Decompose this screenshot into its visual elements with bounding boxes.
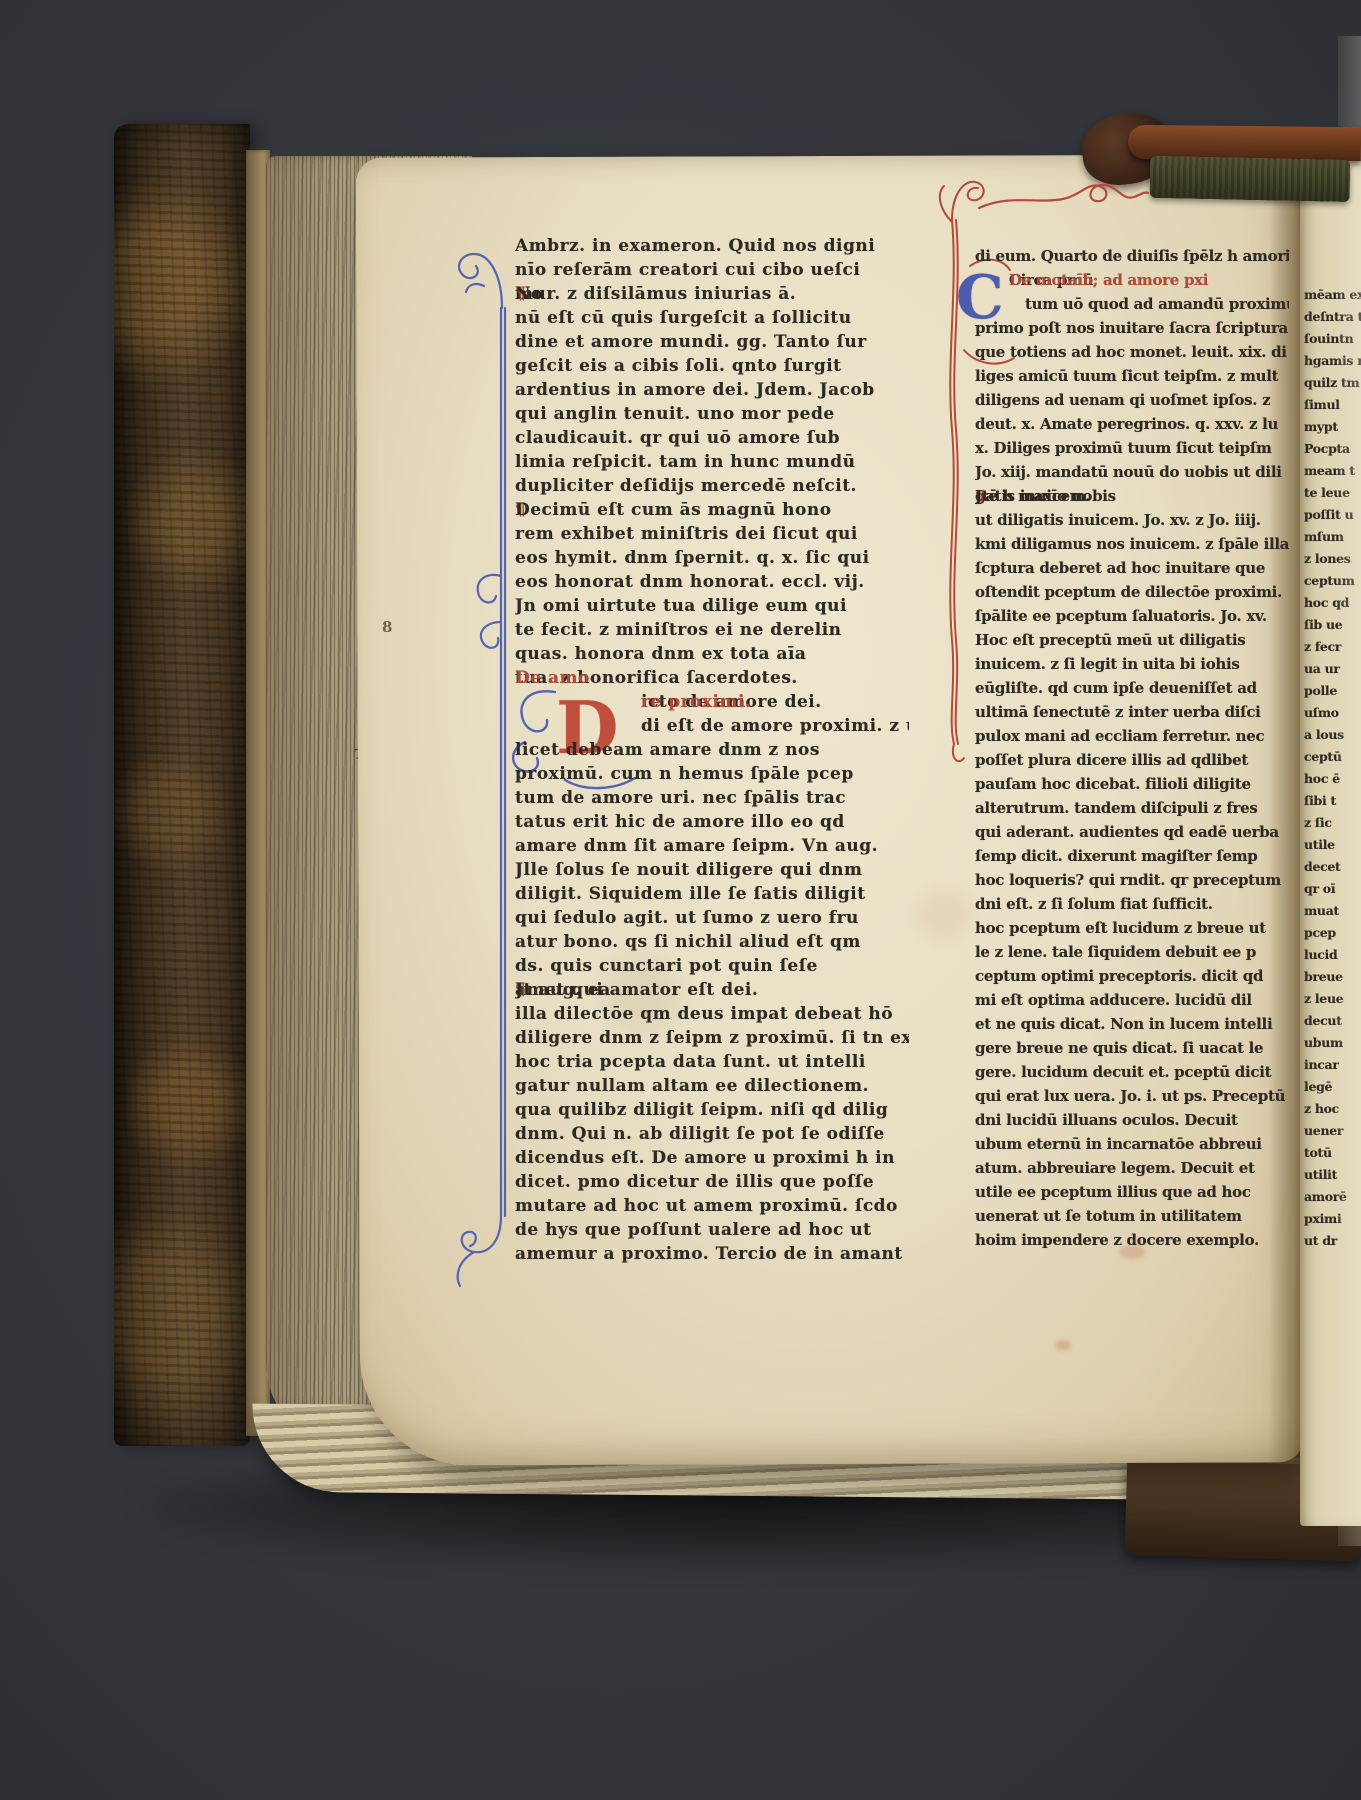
body-text: qr oī bbox=[1304, 878, 1335, 900]
manuscript-text-line: Jo. xiij. mandatū nouū do uobis ut dili bbox=[975, 460, 1289, 484]
body-text: No bbox=[515, 282, 543, 306]
body-text: Jlle ſolus ſe nouit diligere qui dnm bbox=[515, 858, 863, 882]
manuscript-photograph: T mēam exdeſntra tſouintnhgamis rquilz t… bbox=[0, 0, 1361, 1800]
body-text: dine et amore mundi. gg. Tanto ſur bbox=[515, 330, 867, 354]
body-text: Jo. xiij. mandatū nouū do uobis ut dili bbox=[975, 460, 1282, 484]
manuscript-text-line: qui anglin tenuit. uno mor pede bbox=[515, 402, 909, 426]
body-text: qui aderant. audientes qd eadē uerba bbox=[975, 820, 1279, 844]
body-text: di eſt de amore proximi. z uō quod bbox=[641, 714, 909, 738]
manuscript-text-line: pauſam hoc dicebat. filioli diligite bbox=[975, 772, 1289, 796]
manuscript-text-line: claudicauit. qr qui uō amore ſub bbox=[515, 426, 909, 450]
body-text: z fecr bbox=[1304, 636, 1341, 658]
manuscript-text-line: ſcptura deberet ad hoc inuitare que bbox=[975, 556, 1289, 580]
manuscript-text-line: que totiens ad hoc monet. leuit. xix. di bbox=[975, 340, 1289, 364]
manuscript-text-line: nīo reſerām creatori cui cibo ueſci bbox=[515, 258, 909, 282]
manuscript-text-line: gere. lucidum decuit et. pceptū dicit bbox=[975, 1060, 1289, 1084]
body-text: Jn omi uirtute tua dilige eum qui bbox=[515, 594, 847, 618]
body-text: ſibi t bbox=[1304, 790, 1336, 812]
manuscript-text-line: limia reſpicit. tam in hunc mundū bbox=[515, 450, 909, 474]
manuscript-text-line: di eum. Quarto de diuiſis ſpēlz h amoris bbox=[975, 244, 1289, 268]
body-text: geſcit eis a cibis ſoli. qnto ſurgit bbox=[515, 354, 842, 378]
body-text: dupliciter deſidijs mercedē neſcit. bbox=[515, 474, 857, 498]
manuscript-text-line: kmi diligamus nos inuicem. z ſpāle illa bbox=[975, 532, 1289, 556]
manuscript-text-line: gatur nullam altam ee dilectionem. bbox=[515, 1074, 909, 1098]
body-text: hoim impendere z docere exemplo. bbox=[975, 1228, 1259, 1252]
body-text: incar bbox=[1304, 1054, 1339, 1076]
manuscript-text-line: tum uō quod ad amandū proximū bbox=[975, 292, 1289, 316]
manuscript-text-line: eos hymit. dnm ſpernit. q. x. ſic qui bbox=[515, 546, 909, 570]
manuscript-text-line: ardentius in amore dei. Jdem. Jacob bbox=[515, 378, 909, 402]
manuscript-text-line: Circa pmū De motaīb; ad amore pxi bbox=[975, 268, 1289, 292]
body-text: eos honorat dnm honorat. eccl. vij. bbox=[515, 570, 865, 594]
body-text: legē bbox=[1304, 1076, 1332, 1098]
manuscript-text-line: quas. honora dnm ex tota aīa bbox=[515, 642, 909, 666]
manuscript-text-line: ubum eternū in incarnatōe abbreui bbox=[975, 1132, 1289, 1156]
body-text: ſib ue bbox=[1304, 614, 1342, 636]
body-text: gatur nullam altam ee dilectionem. bbox=[515, 1074, 869, 1098]
body-text: tatus erit hic de amore illo eo qd bbox=[515, 810, 845, 834]
manuscript-text-line: uenerat ut ſe totum in utilitatem bbox=[975, 1204, 1289, 1228]
body-text: dicendus eſt. De amore u proximi h in bbox=[515, 1146, 895, 1170]
manuscript-text-line: tum de amore uri. nec ſpālis trac bbox=[515, 786, 909, 810]
body-text: ceptū bbox=[1304, 746, 1342, 768]
manuscript-text-line: Ambrz. in exameron. Quid nos digni bbox=[515, 234, 909, 258]
body-text: deut. x. Amate peregrinos. q. xxv. z lu bbox=[975, 412, 1278, 436]
body-text: z ſic bbox=[1304, 812, 1332, 834]
body-text: proximū. cum n hemus ſpāle pcep bbox=[515, 762, 854, 786]
leather-cover-spine bbox=[114, 124, 250, 1446]
body-text: ua ur bbox=[1304, 658, 1340, 680]
manuscript-text-line: dni lucidū illuans oculos. Decuit bbox=[975, 1108, 1289, 1132]
body-text: qui erat lux uera. Jo. i. ut ps. Precept… bbox=[975, 1084, 1285, 1108]
body-text: poſſet plura dicere illis ad qdlibet bbox=[975, 748, 1248, 772]
body-text: pauſam hoc dicebat. filioli diligite bbox=[975, 772, 1251, 796]
body-text: que totiens ad hoc monet. leuit. xix. di bbox=[975, 340, 1287, 364]
body-text: muat bbox=[1304, 900, 1339, 922]
body-text: ut dr bbox=[1304, 1230, 1337, 1252]
manuscript-text-line: amare dnm ſit amare ſeipm. Vn aug. bbox=[515, 834, 909, 858]
body-text: qui anglin tenuit. uno mor pede bbox=[515, 402, 835, 426]
body-text: ut diligatis inuicem. Jo. xv. z Jo. iiij… bbox=[975, 508, 1261, 532]
manuscript-text-line: ſpālite ee pceptum ſaluatoris. Jo. xv. bbox=[975, 604, 1289, 628]
body-text: dni eſt. z ſi ſolum fiat ſufficit. bbox=[975, 892, 1213, 916]
manuscript-text-line: rem exhibet miniſtris dei ſicut qui bbox=[515, 522, 909, 546]
body-text: dni lucidū illuans oculos. Decuit bbox=[975, 1108, 1238, 1132]
manuscript-text-line: de hys que poſſunt ualere ad hoc ut bbox=[515, 1218, 909, 1242]
body-text: Ambrz. in exameron. Quid nos digni bbox=[515, 234, 875, 258]
body-text: amare dnm ſit amare ſeipm. Vn aug. bbox=[515, 834, 878, 858]
manuscript-text-line: icto de amore dei. re proximi. bbox=[515, 690, 909, 714]
manuscript-text-line: hoc loqueris? qui rndit. qr preceptum bbox=[975, 868, 1289, 892]
body-text: qua quilibz diligit ſeipm. niſi qd dilig bbox=[515, 1098, 888, 1122]
manuscript-text-line: oſtendit pceptum de dilectōe proximi. bbox=[975, 580, 1289, 604]
body-text: liges amicū tuum ſicut teipſm. z mult bbox=[975, 364, 1278, 388]
manuscript-text-line: diligere dnm z ſeipm z proximū. ſi tn ex bbox=[515, 1026, 909, 1050]
body-text: kmi diligamus nos inuicem. z ſpāle illa bbox=[975, 532, 1289, 556]
body-text: illa dilectōe qm deus impat debeat hō bbox=[515, 1002, 893, 1026]
body-text: lucid bbox=[1304, 944, 1337, 966]
manuscript-text-line: eūgliſte. qd cum ipſe deueniſſet ad bbox=[975, 676, 1289, 700]
manuscript-text-line: gere breue ne quis dicat. ſi uacat le bbox=[975, 1036, 1289, 1060]
body-text: mypt bbox=[1304, 416, 1338, 438]
body-text: claudicauit. qr qui uō amore ſub bbox=[515, 426, 840, 450]
manuscript-text-line: dupliciter deſidijs mercedē neſcit. bbox=[515, 474, 909, 498]
manuscript-text-line: utile ee pceptum illius que ad hoc bbox=[975, 1180, 1289, 1204]
manuscript-text-line: dicet. pmo dicetur de illis que poſſe bbox=[515, 1170, 909, 1194]
body-text: ſimul bbox=[1304, 394, 1340, 416]
manuscript-text-line: te fecit. z miniſtros ei ne derelin bbox=[515, 618, 909, 642]
leather-texture bbox=[114, 124, 250, 1446]
body-text: oſtendit pceptum de dilectōe proximi. bbox=[975, 580, 1282, 604]
body-text: utilit bbox=[1304, 1164, 1337, 1186]
body-text: de hys que poſſunt ualere ad hoc ut bbox=[515, 1218, 872, 1242]
body-text: pcep bbox=[1304, 922, 1336, 944]
manuscript-text-line: ſemp dicit. dixerunt magiſter ſemp bbox=[975, 844, 1289, 868]
manuscript-text-line: hoc pceptum eſt lucidum z breue ut bbox=[975, 916, 1289, 940]
body-text: breue bbox=[1304, 966, 1343, 988]
manuscript-text-line: diligens ad uenam qi uoſmet ipſos. z bbox=[975, 388, 1289, 412]
manuscript-text-line: tua. z honorifica ſacerdotes. De amo bbox=[515, 666, 909, 690]
body-text: diligit. Siquidem ille ſe ſatis diligit bbox=[515, 882, 866, 906]
ink-stain bbox=[1055, 1340, 1071, 1350]
body-text: gere breue ne quis dicat. ſi uacat le bbox=[975, 1036, 1263, 1060]
manuscript-text-line: le z lene. tale ſiquidem debuit ee p bbox=[975, 940, 1289, 964]
manuscript-text-line: qui aderant. audientes qd eadē uerba bbox=[975, 820, 1289, 844]
body-text: utile ee pceptum illius que ad hoc bbox=[975, 1180, 1251, 1204]
manuscript-text-line: poſſet plura dicere illis ad qdlibet bbox=[975, 748, 1289, 772]
body-text: pximi bbox=[1304, 1208, 1341, 1230]
manuscript-text-line: ultimā ſenectutē z inter uerba diſci bbox=[975, 700, 1289, 724]
body-text: et ne quis dicat. Non in lucem intelli bbox=[975, 1012, 1272, 1036]
manuscript-text-line: geſcit eis a cibis ſoli. qnto ſurgit bbox=[515, 354, 909, 378]
rubric-text: re proximi. bbox=[641, 690, 751, 714]
body-text: uſmo bbox=[1304, 702, 1339, 724]
rubric-text: De motaīb; ad amore pxi bbox=[1009, 268, 1208, 292]
manuscript-text-line: primo poſt nos inuitare ſacra ſcriptura bbox=[975, 316, 1289, 340]
body-text: uenerat ut ſe totum in utilitatem bbox=[975, 1204, 1242, 1228]
manuscript-text-line: qui erat lux uera. Jo. i. ut ps. Precept… bbox=[975, 1084, 1289, 1108]
body-text: le z lene. tale ſiquidem debuit ee p bbox=[975, 940, 1256, 964]
manuscript-text-line: amemur a proximo. Tercio de in amant bbox=[515, 1242, 909, 1266]
page-edge-reflection bbox=[1338, 36, 1361, 1546]
body-text: hoc ē bbox=[1304, 768, 1340, 790]
body-text: inuicem. z ſi legit in uita bi iohis bbox=[975, 652, 1240, 676]
manuscript-text-line: hoc tria pcepta data ſunt. ut intelli bbox=[515, 1050, 909, 1074]
red-quire-flourish bbox=[975, 172, 1153, 220]
body-text: atum. abbreuiare legem. Decuit et bbox=[975, 1156, 1255, 1180]
body-text: dicet. pmo dicetur de illis que poſſe bbox=[515, 1170, 874, 1194]
body-text: pulox mani ad eccliam ferretur. nec bbox=[975, 724, 1264, 748]
manuscript-text-line: pulox mani ad eccliam ferretur. nec bbox=[975, 724, 1289, 748]
body-text: ds. quis cunctari pot quin ſeſe bbox=[515, 954, 818, 978]
manuscript-text-line: ceptum optimi preceptoris. dicit qd bbox=[975, 964, 1289, 988]
body-text: Jtē h maxīo uobis bbox=[975, 484, 1116, 508]
body-text: x. Diliges proximū tuum ſicut teipſm bbox=[975, 436, 1272, 460]
body-text: limia reſpicit. tam in hunc mundū bbox=[515, 450, 856, 474]
manuscript-text-line: mutare ad hoc ut amem proximū. ſcdo bbox=[515, 1194, 909, 1218]
manuscript-text-line: eos honorat dnm honorat. eccl. vij. bbox=[515, 570, 909, 594]
body-text: ſcptura deberet ad hoc inuitare que bbox=[975, 556, 1265, 580]
body-text: hoc pceptum eſt lucidum z breue ut bbox=[975, 916, 1266, 940]
manuscript-text-line: ut diligatis inuicem. Jo. xv. z Jo. iiij… bbox=[975, 508, 1289, 532]
body-text: utile bbox=[1304, 834, 1335, 856]
manuscript-text-line: di eſt de amore proximi. z uō quod bbox=[515, 714, 909, 738]
manuscript-text-line: tatus erit hic de amore illo eo qd bbox=[515, 810, 909, 834]
body-text: ubum eternū in incarnatōe abbreui bbox=[975, 1132, 1262, 1156]
body-text: tum de amore uri. nec ſpālis trac bbox=[515, 786, 846, 810]
manuscript-text-line: inuicem. z ſi legit in uita bi iohis bbox=[975, 652, 1289, 676]
manuscript-text-line: qua quilibz diligit ſeipm. niſi qd dilig bbox=[515, 1098, 909, 1122]
manuscript-text-line: mi eſt optima adducere. lucidū dil bbox=[975, 988, 1289, 1012]
body-text: nū eſt cū quis ſurgeſcit a ſollicitu bbox=[515, 306, 852, 330]
manuscript-text-line: Hoc eſt preceptū meū ut diligatis bbox=[975, 628, 1289, 652]
body-text: hoc tria pcepta data ſunt. ut intelli bbox=[515, 1050, 866, 1074]
manuscript-text-line: dni eſt. z ſi ſolum fiat ſufficit. bbox=[975, 892, 1289, 916]
body-text: ceptum optimi preceptoris. dicit qd bbox=[975, 964, 1263, 988]
body-text: mutare ad hoc ut amem proximū. ſcdo bbox=[515, 1194, 898, 1218]
manuscript-text-line: amet qui amator eſt dei. ¶Jt aug. ea bbox=[515, 978, 909, 1002]
manuscript-text-line: licet debeam amare dnm z nos bbox=[515, 738, 909, 762]
manuscript-text-line: proximū. cum n hemus ſpāle pcep bbox=[515, 762, 909, 786]
body-text: nīo reſerām creatori cui cibo ueſci bbox=[515, 258, 860, 282]
manuscript-text-line: deut. x. Amate peregrinos. q. xxv. z lu bbox=[975, 412, 1289, 436]
body-text: Decimū eſt cum ās magnū hono bbox=[515, 498, 832, 522]
body-text: quas. honora dnm ex tota aīa bbox=[515, 642, 806, 666]
manuscript-text-line: liges amicū tuum ſicut teipſm. z mult bbox=[975, 364, 1289, 388]
manuscript-text-line: x. Diliges proximū tuum ſicut teipſm bbox=[975, 436, 1289, 460]
body-text: di eum. Quarto de diuiſis ſpēlz h amoris bbox=[975, 244, 1289, 268]
manuscript-text-line: dnm. Qui n. ab diligit ſe pot ſe odiſſe bbox=[515, 1122, 909, 1146]
body-text: polle bbox=[1304, 680, 1337, 702]
body-text: ardentius in amore dei. Jdem. Jacob bbox=[515, 378, 875, 402]
manuscript-text-line: et ne quis dicat. Non in lucem intelli bbox=[975, 1012, 1289, 1036]
body-text: eūgliſte. qd cum ipſe deueniſſet ad bbox=[975, 676, 1257, 700]
manuscript-text-line: ds. quis cunctari pot quin ſeſe bbox=[515, 954, 909, 978]
rubric-text: De amo bbox=[515, 666, 590, 690]
body-text: dnm. Qui n. ab diligit ſe pot ſe odiſſe bbox=[515, 1122, 885, 1146]
body-text: tum uō quod ad amandū proximū bbox=[1025, 292, 1289, 316]
body-text: primo poſt nos inuitare ſacra ſcriptura bbox=[975, 316, 1288, 340]
body-text: eos hymit. dnm ſpernit. q. x. ſic qui bbox=[515, 546, 870, 570]
body-text: licet debeam amare dnm z nos bbox=[515, 738, 820, 762]
manuscript-text-line: ¶Decimū eſt cum ās magnū hono bbox=[515, 498, 909, 522]
text-column-2: di eum. Quarto de diuiſis ſpēlz h amoris… bbox=[975, 244, 1289, 1274]
manuscript-text-line: hoim impendere z docere exemplo. bbox=[975, 1228, 1289, 1252]
body-text: atur bono. qs ſi nichil aliud eſt qm bbox=[515, 930, 861, 954]
body-text: diligere dnm z ſeipm z proximū. ſi tn ex bbox=[515, 1026, 909, 1050]
body-text: z hoc bbox=[1304, 1098, 1339, 1120]
manuscript-text-line: mur. z diſsilāmus iniurias ā. ¶No bbox=[515, 282, 909, 306]
manuscript-text-line: dicendus eſt. De amore u proximi h in bbox=[515, 1146, 909, 1170]
body-text: mi eſt optima adducere. lucidū dil bbox=[975, 988, 1252, 1012]
manuscript-text-line: atur bono. qs ſi nichil aliud eſt qm bbox=[515, 930, 909, 954]
body-text: ſpālite ee pceptum ſaluatoris. Jo. xv. bbox=[975, 604, 1267, 628]
body-text: hoc loqueris? qui rndit. qr preceptum bbox=[975, 868, 1281, 892]
manuscript-text-line: illa dilectōe qm deus impat debeat hō bbox=[515, 1002, 909, 1026]
body-text: gere. lucidum decuit et. pceptū dicit bbox=[975, 1060, 1271, 1084]
body-text: rem exhibet miniſtris dei ſicut qui bbox=[515, 522, 858, 546]
body-text: qui ſedulo agit. ut ſumo z uero fru bbox=[515, 906, 859, 930]
margin-quire-mark: 8 bbox=[382, 618, 392, 636]
body-text: ultimā ſenectutē z inter uerba diſci bbox=[975, 700, 1261, 724]
manuscript-text-line: gatis inuicem. ¶Jtē h maxīo uobis bbox=[975, 484, 1289, 508]
body-text: Hoc eſt preceptū meū ut diligatis bbox=[975, 628, 1245, 652]
manuscript-text-line: nū eſt cū quis ſurgeſcit a ſollicitu bbox=[515, 306, 909, 330]
text-column-1: Ambrz. in exameron. Quid nos digninīo re… bbox=[515, 234, 909, 1274]
manuscript-text-line: alterutrum. tandem diſcipuli z fres bbox=[975, 796, 1289, 820]
body-text: decut bbox=[1304, 1010, 1342, 1032]
manuscript-text-line: diligit. Siquidem ille ſe ſatis diligit bbox=[515, 882, 909, 906]
body-text: te fecit. z miniſtros ei ne derelin bbox=[515, 618, 842, 642]
body-text: amemur a proximo. Tercio de in amant bbox=[515, 1242, 903, 1266]
manuscript-text-line: Jn omi uirtute tua dilige eum qui bbox=[515, 594, 909, 618]
manuscript-text-line: atum. abbreuiare legem. Decuit et bbox=[975, 1156, 1289, 1180]
manuscript-text-line: qui ſedulo agit. ut ſumo z uero fru bbox=[515, 906, 909, 930]
manuscript-text-line: dine et amore mundi. gg. Tanto ſur bbox=[515, 330, 909, 354]
body-text: totū bbox=[1304, 1142, 1332, 1164]
body-text: decet bbox=[1304, 856, 1341, 878]
body-text: Jt aug. ea bbox=[515, 978, 611, 1002]
body-text: ſemp dicit. dixerunt magiſter ſemp bbox=[975, 844, 1258, 868]
body-text: alterutrum. tandem diſcipuli z fres bbox=[975, 796, 1258, 820]
spine-cloth bbox=[1150, 156, 1351, 202]
body-text: mur. z diſsilāmus iniurias ā. bbox=[515, 282, 796, 306]
body-text: diligens ad uenam qi uoſmet ipſos. z bbox=[975, 388, 1270, 412]
manuscript-text-line: Jlle ſolus ſe nouit diligere qui dnm bbox=[515, 858, 909, 882]
